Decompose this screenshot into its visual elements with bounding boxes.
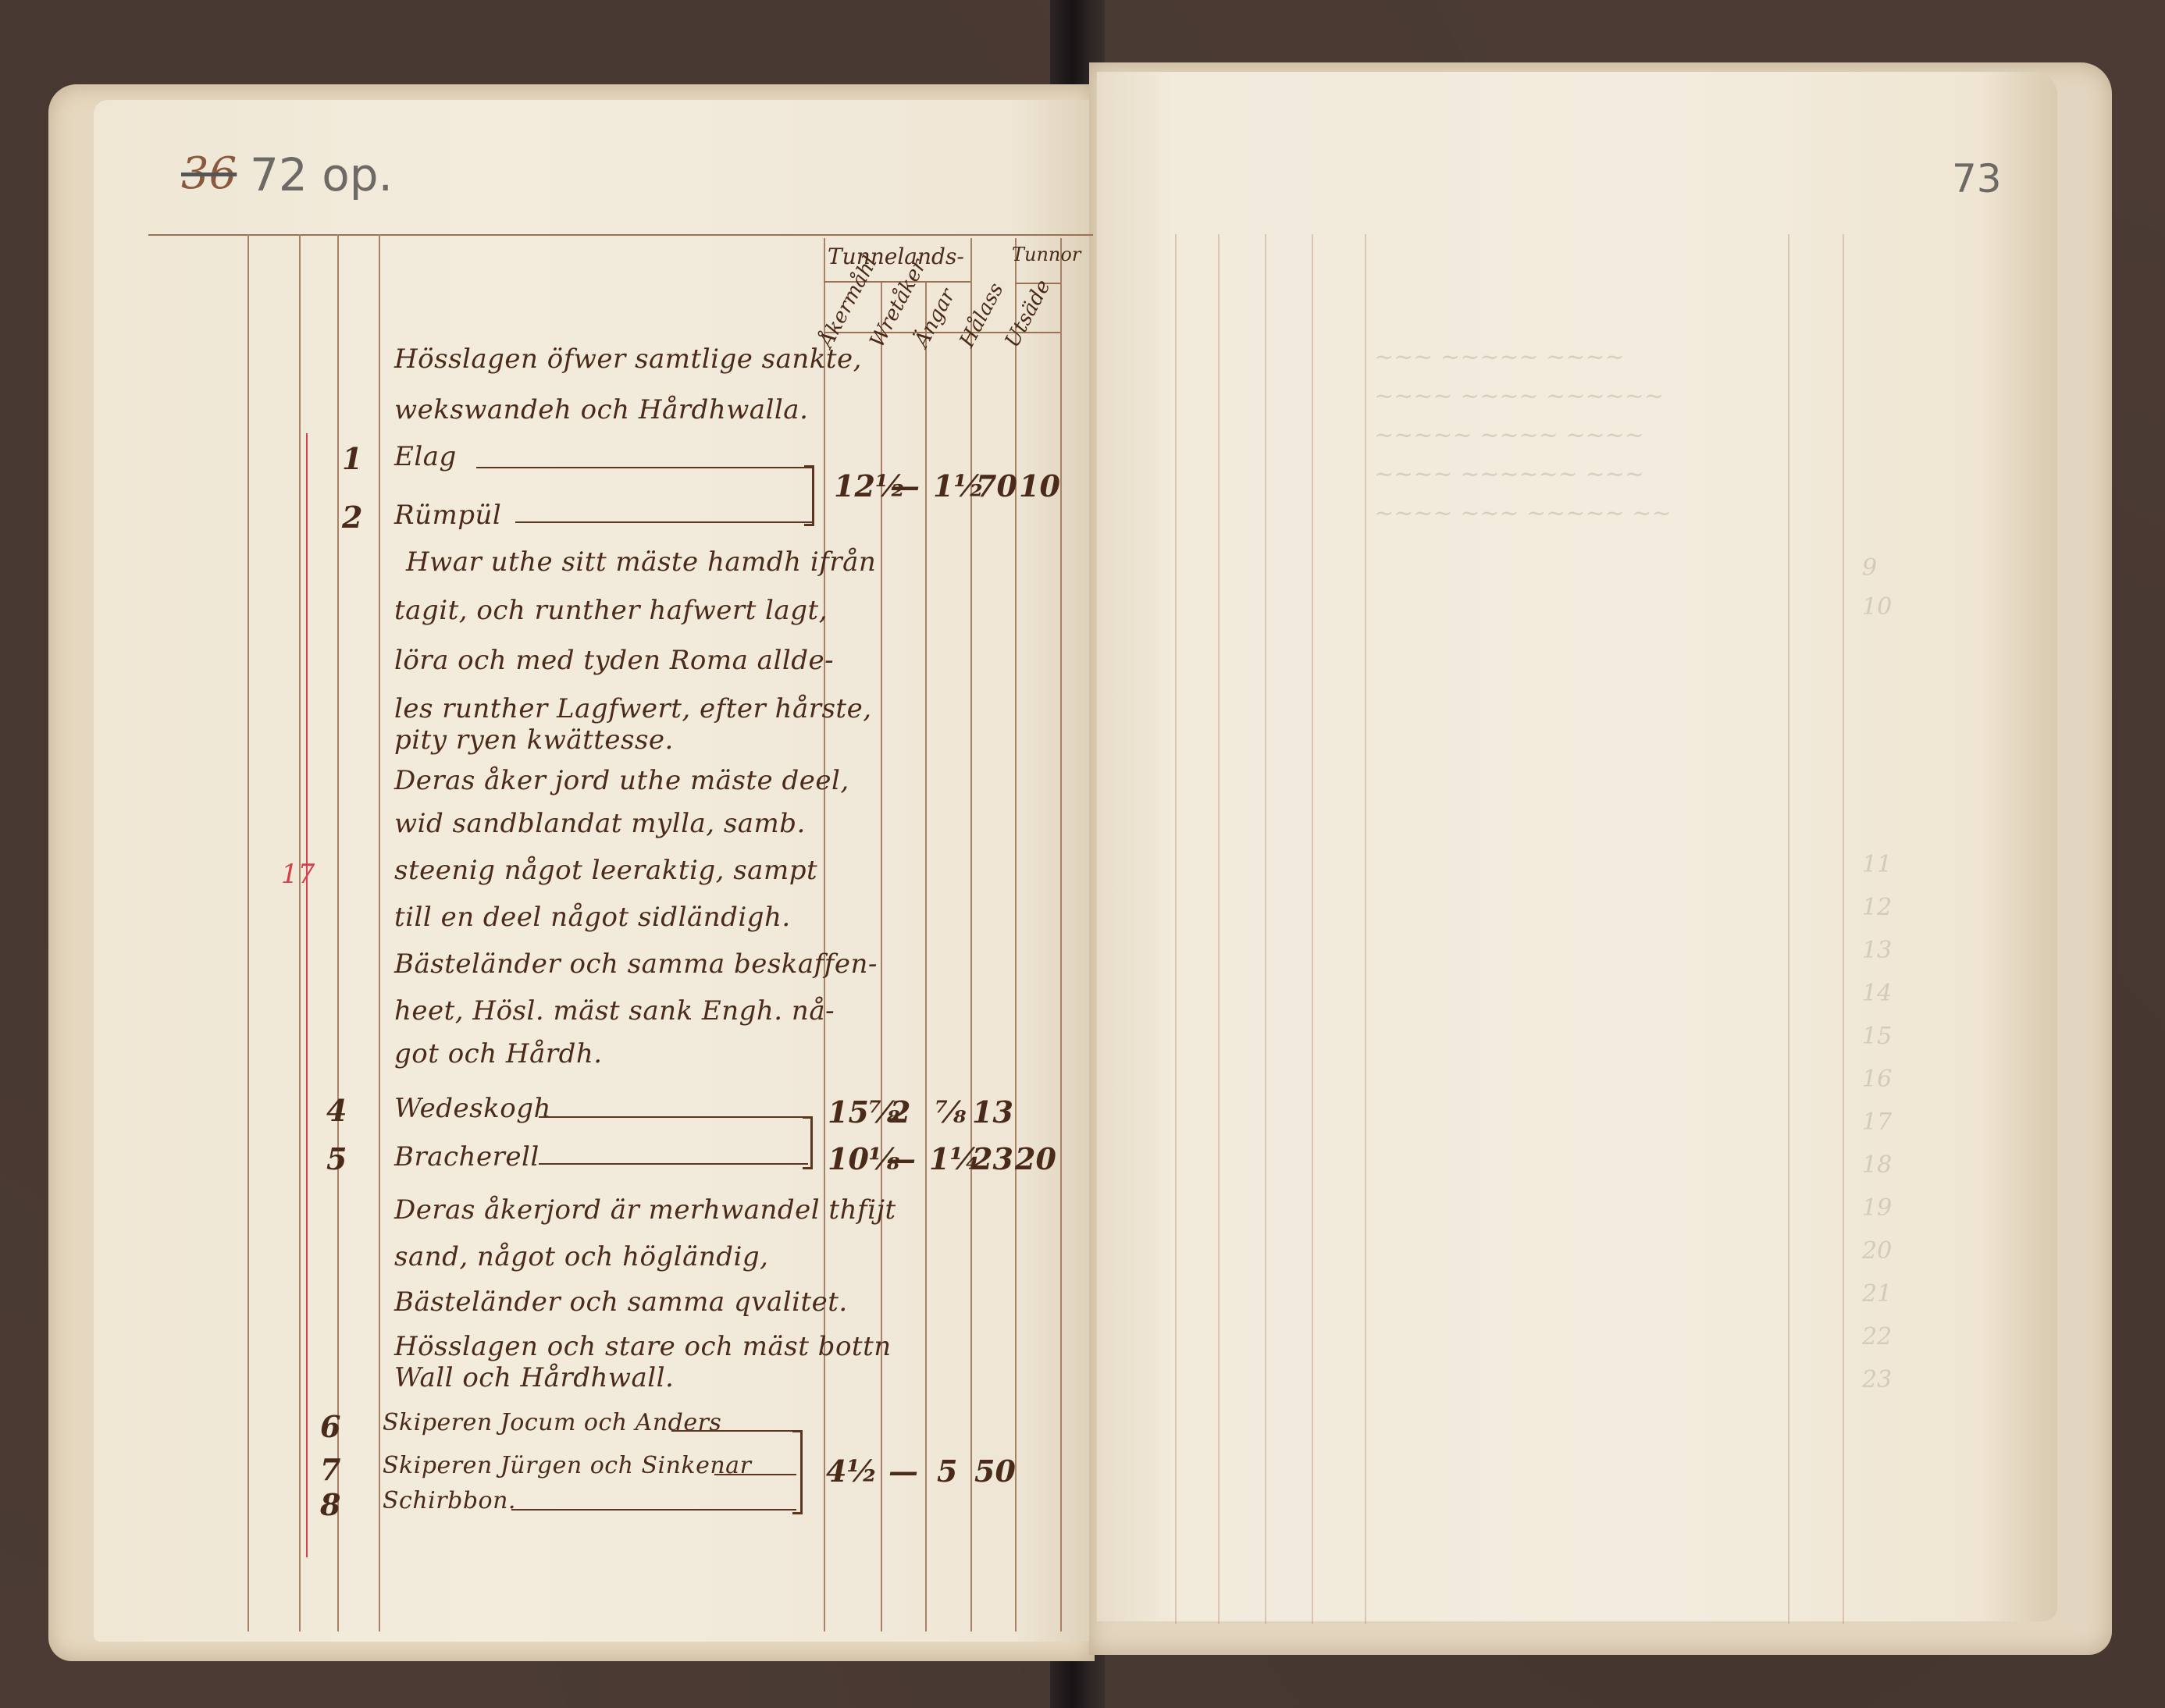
- bleed-text: ~~~~ ~~~~~~ ~~~: [1374, 461, 1644, 488]
- paragraph-2-line: steenig något leeraktig, sampt: [394, 855, 817, 886]
- column-group-header-tunnelands: Tunnelands-: [828, 244, 964, 269]
- bleed-rule: [1218, 234, 1220, 1624]
- entry-leader-line: [511, 1509, 796, 1511]
- value-wretaker: —: [888, 1454, 918, 1489]
- group-number-red: 17: [281, 859, 315, 890]
- bleed-number: 14: [1862, 980, 1892, 1007]
- entry-leader-line: [539, 1116, 808, 1118]
- bleed-number: 20: [1862, 1237, 1892, 1265]
- entry-leader-line: [671, 1430, 796, 1432]
- group-brace: [792, 1430, 803, 1514]
- bleed-text: ~~~ ~~~~~ ~~~~: [1374, 343, 1625, 371]
- column-group-header-tunnor: Tunnor: [1012, 244, 1081, 265]
- bleed-text: ~~~~ ~~~~ ~~~~~~: [1374, 383, 1664, 410]
- right-pencil-folio-number: 73: [1952, 156, 2002, 201]
- bleed-rule: [1365, 234, 1366, 1624]
- column-rule-angar: [925, 281, 927, 1631]
- column-rule-akermal: [824, 238, 825, 1631]
- value-utsade: 10: [1019, 468, 1060, 504]
- paragraph-3-line: sand, något och högländig,: [394, 1241, 768, 1272]
- group-brace: [803, 1116, 813, 1169]
- value-wretaker: —: [890, 468, 920, 504]
- entry-name: Bracherell: [394, 1141, 539, 1172]
- value-akermal: 4½: [826, 1454, 878, 1489]
- bleed-number: 16: [1862, 1066, 1892, 1093]
- bleed-rule: [1843, 234, 1844, 1624]
- ruling-vertical-2: [299, 234, 301, 1631]
- group-brace: [804, 465, 814, 526]
- paragraph-2-line: Bästeländer och samma beskaffen-: [394, 948, 878, 980]
- entry-number: 6: [320, 1409, 340, 1444]
- old-folio-number: 36: [181, 148, 237, 199]
- bleed-number: 17: [1862, 1108, 1892, 1136]
- ruling-vertical-4: [379, 234, 380, 1631]
- bleed-rule: [1312, 234, 1313, 1624]
- paragraph-1-line: pity ryen kwättesse.: [394, 724, 674, 756]
- right-page: [1097, 72, 2057, 1621]
- entry-number: 4: [326, 1093, 347, 1128]
- bleed-rule: [1788, 234, 1789, 1624]
- bleed-number: 9: [1862, 554, 1877, 582]
- entry-name: Elag: [394, 441, 457, 472]
- bleed-number: 15: [1862, 1023, 1892, 1050]
- entry-name: Wedeskogh: [394, 1093, 551, 1124]
- value-halass: 13: [972, 1094, 1013, 1130]
- entry-number: 1: [342, 441, 362, 476]
- bleed-number: 12: [1862, 894, 1892, 921]
- value-halass: 70: [976, 468, 1017, 504]
- bleed-text: ~~~~ ~~~ ~~~~~ ~~: [1374, 500, 1672, 527]
- paragraph-3-line: Wall och Hårdhwall.: [394, 1362, 674, 1393]
- entry-leader-line: [515, 521, 812, 523]
- pencil-folio-number: 72 op.: [250, 148, 393, 201]
- intro-line-2: wekswandeh och Hårdhwalla.: [394, 394, 808, 425]
- value-akermal: 15⅞: [828, 1094, 899, 1130]
- entry-name: Rümpül: [394, 500, 501, 531]
- red-margin-bracket: [306, 433, 308, 1557]
- paragraph-1-line: les runther Lagfwert, efter hårste,: [394, 693, 872, 724]
- entry-leader-line: [476, 467, 812, 468]
- intro-line-1: Hösslagen öfwer samtlige sankte,: [394, 343, 862, 375]
- bleed-number: 11: [1862, 851, 1892, 878]
- bleed-rule: [1175, 234, 1177, 1624]
- column-rule-utsade: [1015, 238, 1017, 1631]
- paragraph-3-line: Bästeländer och samma qvalitet.: [394, 1286, 848, 1318]
- bleed-number: 18: [1862, 1151, 1892, 1179]
- bleed-number: 10: [1862, 593, 1892, 621]
- paragraph-2-line: wid sandblandat mylla, samb.: [394, 808, 806, 839]
- entry-name: Schirbbon.: [383, 1487, 516, 1514]
- bleed-rule: [1265, 234, 1266, 1624]
- column-rule-end: [1060, 238, 1062, 1631]
- bleed-number: 19: [1862, 1194, 1892, 1222]
- bleed-number: 21: [1862, 1280, 1892, 1308]
- entry-number: 5: [326, 1141, 347, 1176]
- entry-leader-line: [539, 1163, 808, 1165]
- paragraph-2-line: Deras åker jord uthe mäste deel,: [394, 765, 849, 796]
- paragraph-1-line: Hwar uthe sitt mäste hamdh ifrån: [406, 546, 876, 578]
- paragraph-2-line: heet, Hösl. mäst sank Engh. nå-: [394, 995, 835, 1027]
- entry-name: Skiperen Jocum och Anders: [383, 1409, 721, 1436]
- bleed-number: 13: [1862, 937, 1892, 964]
- bleed-text: ~~~~~ ~~~~ ~~~~: [1374, 422, 1644, 449]
- bleed-number: 23: [1862, 1366, 1892, 1393]
- value-angar: 5: [937, 1454, 957, 1489]
- paragraph-3-line: Hösslagen och stare och mäst bottn: [394, 1331, 892, 1362]
- entry-name: Skiperen Jürgen och Sinkenar: [383, 1452, 751, 1479]
- paragraph-1-line: tagit, och runther hafwert lagt,: [394, 595, 828, 626]
- paragraph-2-line: till en deel något sidländigh.: [394, 902, 791, 933]
- value-halass: 23: [972, 1141, 1013, 1176]
- column-rule-halass: [970, 238, 972, 1631]
- value-utsade: 20: [1015, 1141, 1056, 1176]
- value-angar: ⅞: [935, 1094, 966, 1130]
- entry-leader-line: [714, 1474, 796, 1475]
- paragraph-2-line: got och Hårdh.: [394, 1038, 603, 1069]
- entry-number: 7: [320, 1452, 340, 1487]
- value-wretaker: —: [886, 1141, 916, 1176]
- paragraph-1-line: löra och med tyden Roma allde-: [394, 645, 834, 676]
- bleed-number: 22: [1862, 1323, 1892, 1350]
- value-halass: 50: [974, 1454, 1016, 1489]
- top-ruling-line: [148, 234, 1093, 236]
- paragraph-3-line: Deras åkerjord är merhwandel thfijt: [394, 1194, 896, 1226]
- entry-number: 8: [320, 1487, 340, 1522]
- ruling-vertical-1: [247, 234, 249, 1631]
- value-wretaker: 2: [890, 1094, 910, 1130]
- entry-number: 2: [342, 500, 362, 535]
